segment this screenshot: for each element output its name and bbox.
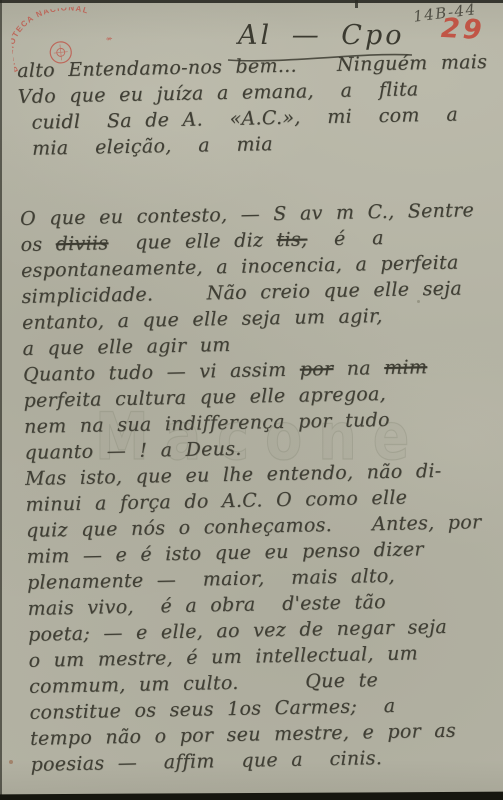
manuscript-page: BIBLIOTECA NACIONAL 14B-44 29 Al — Cpo M…: [0, 0, 503, 800]
struck-word: tis,: [276, 228, 307, 251]
manuscript-body: alto Entendamo-nos bem... Ninguém maisVd…: [17, 49, 503, 778]
paper-speck: [9, 760, 13, 764]
paragraph: alto Entendamo-nos bem... Ninguém maisVd…: [17, 49, 497, 162]
struck-word: diviis: [56, 232, 109, 255]
scan-mark: [355, 0, 358, 8]
struck-word: mim: [384, 356, 427, 379]
scan-edge-top: [0, 0, 503, 3]
page-title: Al — Cpo: [238, 20, 405, 51]
scan-edge-left: [0, 0, 2, 800]
struck-word: por: [300, 358, 334, 381]
page-number: 29: [440, 13, 485, 46]
scan-edge-bottom: [0, 792, 503, 800]
paragraph: Quanto tudo — vi assim por na mimperfeit…: [23, 353, 503, 466]
paragraph: Mas isto, que eu lhe entendo, não di-min…: [25, 457, 503, 778]
paragraph: O que eu contesto, — S av m C., Sentreos…: [20, 197, 501, 362]
stamp-star: [106, 37, 112, 41]
